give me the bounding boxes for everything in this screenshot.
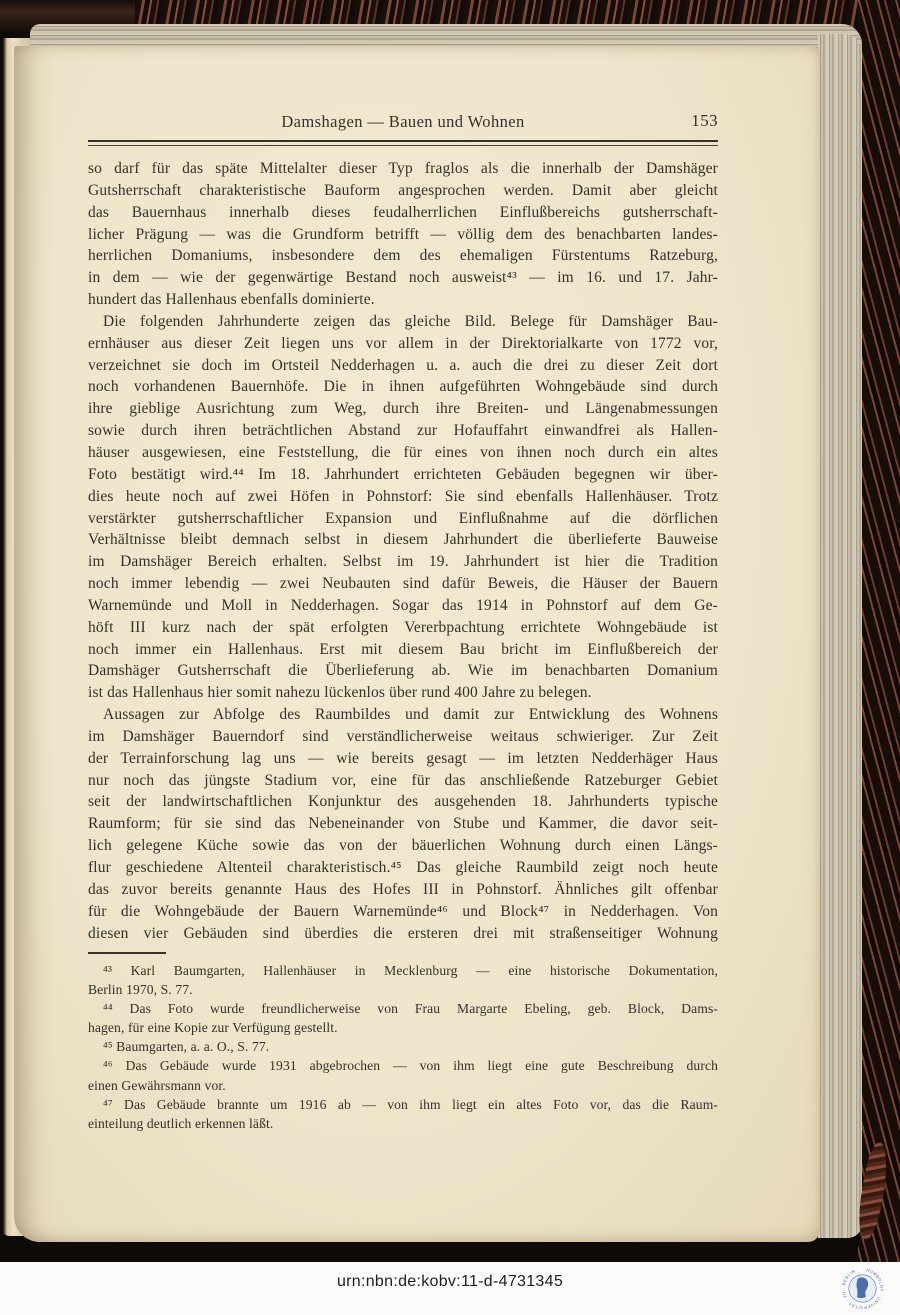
- text-line: ernhäuser aus dieser Zeit liegen uns vor…: [88, 333, 718, 355]
- text-line: Warnemünde und Moll in Nedderhagen. Soga…: [88, 595, 718, 617]
- text-line: hundert das Hallenhaus ebenfalls dominie…: [88, 289, 718, 311]
- text-line: höft III kurz nach der spät erfolgten Ve…: [88, 617, 718, 639]
- text-line: Gutsherrschaft charakteristische Bauform…: [88, 180, 718, 202]
- text-line: ihre gieblige Ausrichtung zum Weg, durch…: [88, 398, 718, 420]
- text-line: einteilung deutlich erkennen läßt.: [88, 1114, 718, 1133]
- text-line: lich gelegene Küche sowie das von der bä…: [88, 835, 718, 857]
- text-line: häuser ausgewiesen, eine Feststellung, d…: [88, 442, 718, 464]
- footnote-separator: [88, 952, 166, 954]
- header-rule: [88, 140, 718, 146]
- text-line: Damshäger Gutsherrschaft die Überlieferu…: [88, 660, 718, 682]
- text-line: flur geschiedene Altenteil charakteristi…: [88, 857, 718, 879]
- text-line: das Bauernhaus innerhalb dieses feudalhe…: [88, 202, 718, 224]
- page-edges-right: [818, 34, 862, 1238]
- text-line: im Damshäger Bauerndorf sind verständlic…: [88, 726, 718, 748]
- text-line: noch vorhandenen Bauernhöfe. Die in ihne…: [88, 376, 718, 398]
- text-line: Verhältnisse bleibt demnach selbst in di…: [88, 529, 718, 551]
- running-title: Damshagen — Bauen und Wohnen: [88, 112, 718, 132]
- text-line: noch immer lebendig — zwei Neubauten sin…: [88, 573, 718, 595]
- text-line: hagen, für eine Kopie zur Verfügung gest…: [88, 1018, 718, 1037]
- text-line: Aussagen zur Abfolge des Raumbildes und …: [88, 704, 718, 726]
- text-line: ⁴⁷ Das Gebäude brannte um 1916 ab — von …: [88, 1095, 718, 1114]
- text-line: ist das Hallenhaus hier somit nahezu lüc…: [88, 682, 718, 704]
- text-line: nur noch das jüngste Stadium vor, eine f…: [88, 770, 718, 792]
- footer-bar: urn:nbn:de:kobv:11-d-4731345 · HUMBOLDT …: [0, 1262, 900, 1315]
- text-line: Die folgenden Jahrhunderte zeigen das gl…: [88, 311, 718, 333]
- text-line: licher Prägung — was die Grundform betri…: [88, 224, 718, 246]
- text-line: dies heute noch auf zwei Höfen in Pohnst…: [88, 486, 718, 508]
- humboldt-university-seal: · HUMBOLDT · UNIVERSITÄT · ZU · BERLIN ·: [839, 1265, 886, 1312]
- footnotes: ⁴³ Karl Baumgarten, Hallenhäuser in Meck…: [88, 961, 718, 1133]
- text-line: in dem — wie der gegenwärtige Bestand no…: [88, 267, 718, 289]
- text-line: Foto bestätigt wird.⁴⁴ Im 18. Jahrhunder…: [88, 464, 718, 486]
- text-line: das zuvor bereits genannte Haus des Hofe…: [88, 879, 718, 901]
- text-line: der Terrainforschung lag uns — wie berei…: [88, 748, 718, 770]
- text-line: seit der landwirtschaftlichen Konjunktur…: [88, 791, 718, 813]
- text-line: so darf für das späte Mittelalter dieser…: [88, 158, 718, 180]
- body-text: so darf für das späte Mittelalter dieser…: [88, 158, 718, 944]
- text-line: verzeichnet sie doch im Ortsteil Nedderh…: [88, 355, 718, 377]
- book-cover-right-marbled: [858, 0, 900, 1268]
- book-page: Damshagen — Bauen und Wohnen 153 so darf…: [14, 46, 820, 1242]
- text-line: Raumform; für sie sind das Nebeneinander…: [88, 813, 718, 835]
- text-line: einen Gewährsmann vor.: [88, 1076, 718, 1095]
- text-line: im Damshäger Bereich erhalten. Selbst im…: [88, 551, 718, 573]
- text-line: Berlin 1970, S. 77.: [88, 980, 718, 999]
- text-line: ⁴³ Karl Baumgarten, Hallenhäuser in Meck…: [88, 961, 718, 980]
- page-number: 153: [691, 111, 718, 131]
- text-line: ⁴⁴ Das Foto wurde freundlicherweise von …: [88, 999, 718, 1018]
- text-line: ⁴⁵ Baumgarten, a. a. O., S. 77.: [88, 1037, 718, 1056]
- text-line: sowie durch ihren beträchtlichen Abstand…: [88, 420, 718, 442]
- text-line: für die Wohngebäude der Bauern Warnemünd…: [88, 901, 718, 923]
- text-line: diesen vier Gebäuden sind überdies die e…: [88, 923, 718, 945]
- text-line: noch immer ein Hallenhaus. Erst mit dies…: [88, 639, 718, 661]
- page-header: Damshagen — Bauen und Wohnen 153: [88, 112, 718, 134]
- text-line: verstärkter gutsherrschaftlicher Expansi…: [88, 508, 718, 530]
- text-line: herrlichen Domaniums, insbesondere dem d…: [88, 245, 718, 267]
- urn-text: urn:nbn:de:kobv:11-d-4731345: [0, 1273, 900, 1291]
- text-line: ⁴⁶ Das Gebäude wurde 1931 abgebrochen — …: [88, 1056, 718, 1075]
